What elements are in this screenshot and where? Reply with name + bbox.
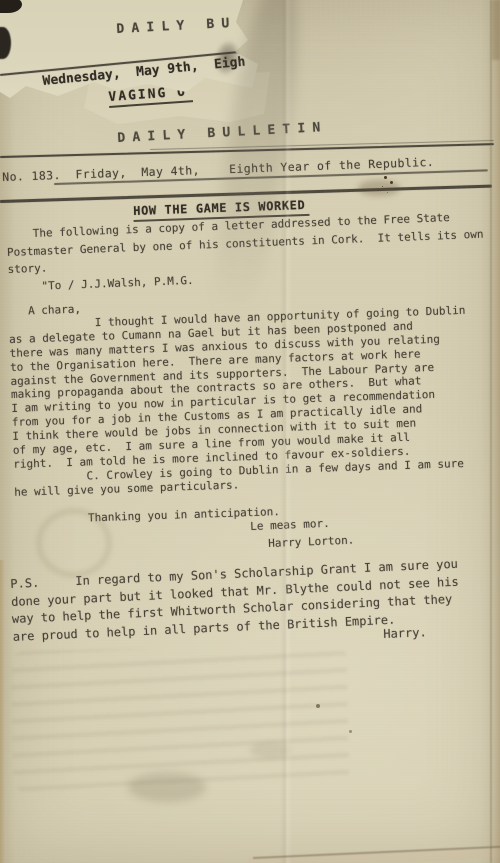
article-intro: The following is a copy of a letter addr… (6, 208, 485, 296)
left-page-edge (0, 560, 5, 863)
right-fold-line (490, 0, 492, 863)
masthead-title: DAILY BULLETIN (117, 120, 328, 146)
document-scan: DAILY BULLETIN No. 183. Friday, May 4th,… (0, 0, 500, 863)
letter-body: A chara, I thought I would have an oppor… (8, 290, 472, 528)
fragment-masthead-text: DAILY BU (116, 16, 237, 37)
issue-line: No. 183. Friday, May 4th, Eighth Year of… (2, 155, 434, 184)
ink-dot-cluster (384, 176, 387, 179)
spot-stain-1 (316, 704, 320, 708)
letter-signature: Harry Lorton. (268, 534, 355, 551)
smudge-stain-1 (128, 772, 206, 802)
letter-closing: Le meas mor. (250, 517, 330, 534)
bleedthrough-text-area (11, 645, 349, 793)
diagonal-crease (253, 845, 500, 859)
spot-stain-2 (349, 730, 352, 733)
right-page-edge (492, 0, 500, 863)
smudge-stain-2 (250, 742, 290, 758)
bottom-edge-tint (248, 845, 500, 863)
postscript-signature: Harry. (383, 624, 427, 643)
right-edge-dark-top (492, 0, 500, 60)
